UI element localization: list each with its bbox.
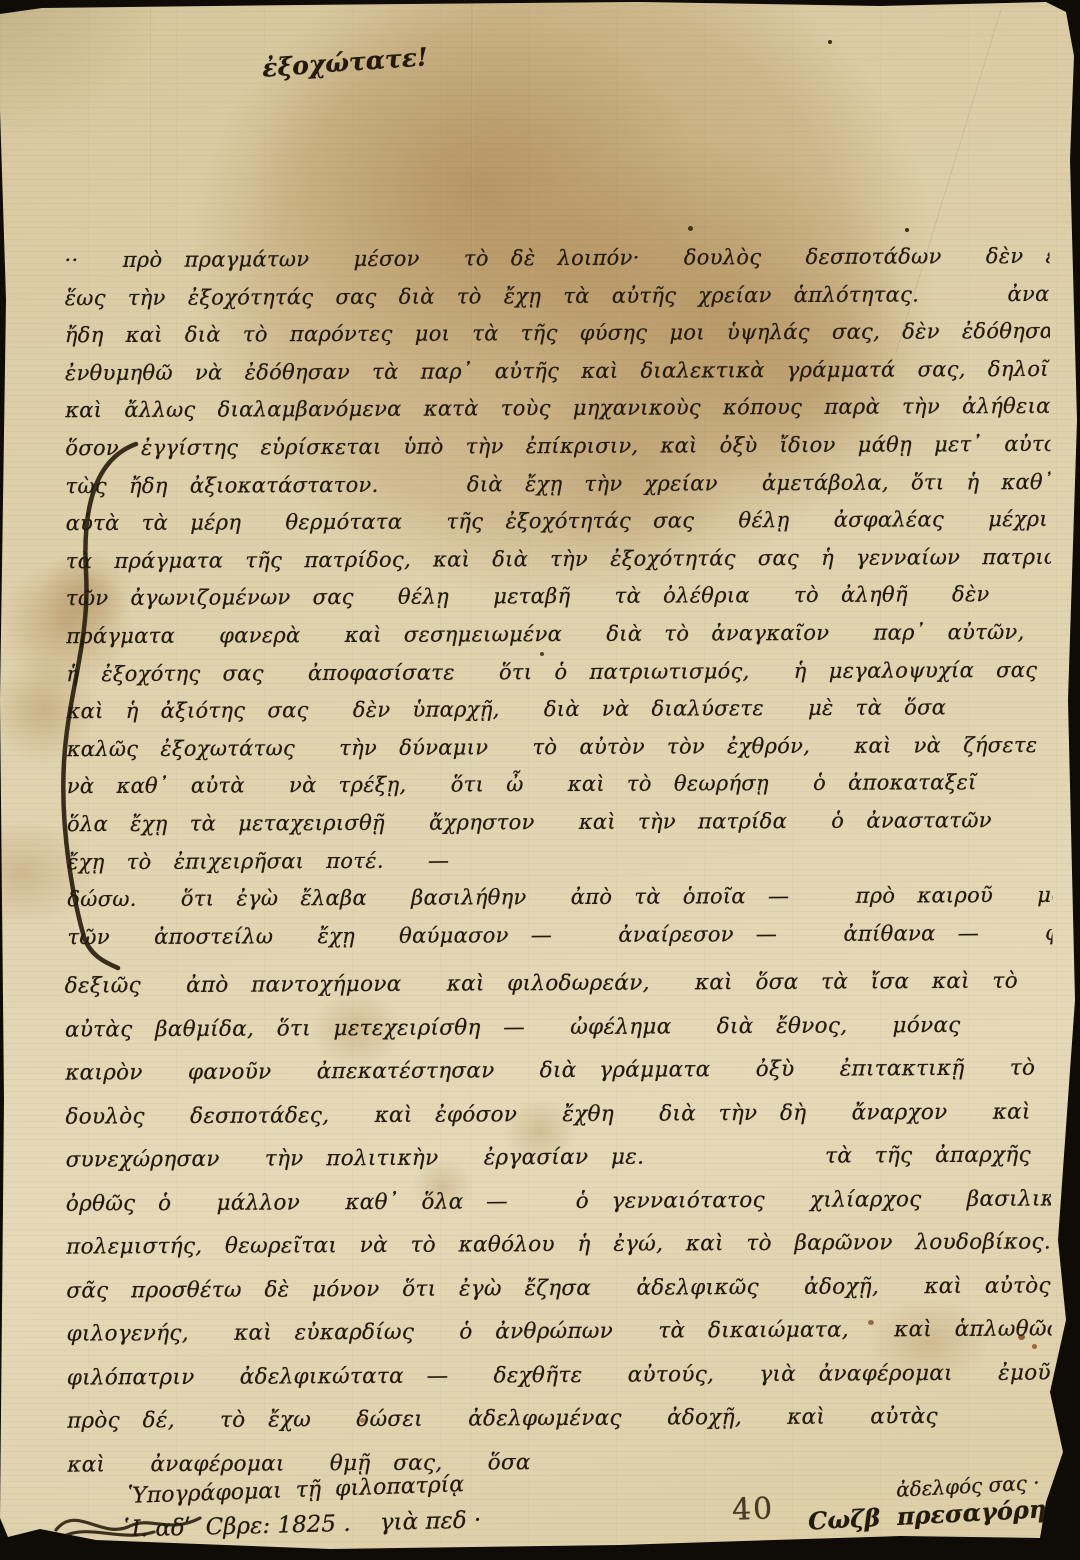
- manuscript-line: ἤδη καὶ διὰ τὸ παρόντες μοι τὰ τῆς φύσης…: [65, 313, 1050, 355]
- body-block-a: ·· πρὸ πραγμάτων μέσον τὸ δὲ λοιπόν· δου…: [64, 238, 1052, 957]
- manuscript-line: ἔχῃ τὸ ἐπιχειρῆσαι ποτέ. —: [67, 839, 1052, 881]
- manuscript-line: νὰ καθ᾽ αὐτὰ νὰ τρέξῃ, ὅτι ὦ καὶ τὸ θεωρ…: [67, 764, 1052, 806]
- salutation: ἐξοχώτατε!: [261, 42, 429, 83]
- manuscript-line: αὐτὰς βαθμίδα, ὅτι μετεχειρίσθη — ὠφέλημ…: [65, 1003, 1050, 1052]
- manuscript-line: ἕως τὴν ἐξοχότητάς σας διὰ τὸ ἔχῃ τὰ αὐτ…: [65, 275, 1050, 317]
- ink-speck: [905, 228, 909, 232]
- manuscript-line: φιλογενής, καὶ εὐκαρδίως ὁ ἀνθρώπων τὰ δ…: [66, 1307, 1051, 1356]
- manuscript-line: ·· πρὸ πραγμάτων μέσον τὸ δὲ λοιπόν· δου…: [64, 238, 1049, 280]
- manuscript-line: καὶ ἄλλως διαλαμβανόμενα κατὰ τοὺς μηχαν…: [65, 388, 1050, 430]
- manuscript-line: πολεμιστής, θεωρεῖται νὰ τὸ καθόλου ἡ ἐγ…: [66, 1220, 1051, 1269]
- manuscript-line: τὰ πράγματα τῆς πατρίδος, καὶ διὰ τὴν ἐξ…: [66, 539, 1051, 581]
- manuscript-line: πράγματα φανερὰ καὶ σεσημειωμένα διὰ τὸ …: [66, 614, 1051, 656]
- signature: Ϲωζβ πρεσαγόρης: [807, 1493, 1061, 1535]
- manuscript-line: ὅσον ἐγγίστης εὑρίσκεται ὑπὸ τὴν ἐπίκρισ…: [65, 426, 1050, 468]
- manuscript-line: καλῶς ἐξοχωτάτως τὴν δύναμιν τὸ αὐτὸν τὸ…: [67, 727, 1052, 769]
- ink-speck: [688, 226, 693, 231]
- manuscript-line: σᾶς προσθέτω δὲ μόνον ὅτι ἐγὼ ἔζησα ἀδελ…: [66, 1264, 1051, 1313]
- manuscript-line: δώσω. ὅτι ἐγὼ ἔλαβα βασιλήθην ἀπὸ τὰ ὁπο…: [67, 877, 1052, 919]
- manuscript-line: τὼς ἤδη ἀξιοκατάστατον. διὰ ἔχῃ τὴν χρεί…: [65, 463, 1050, 505]
- manuscript-line: ἐνθυμηθῶ νὰ ἐδόθησαν τὰ παρ᾽ αὐτῆς καὶ δ…: [65, 351, 1050, 393]
- manuscript-line: δεξιῶς ἀπὸ παντοχήμονα καὶ φιλοδωρεάν, κ…: [65, 959, 1050, 1008]
- manuscript-line: ἡ ἐξοχότης σας ἀποφασίσατε ὅτι ὁ πατριωτ…: [66, 651, 1051, 693]
- manuscript-line: τῶν ἀγωνιζομένων σας θέλῃ μεταβῆ τὰ ὀλέθ…: [66, 576, 1051, 618]
- ink-speck: [828, 40, 832, 44]
- manuscript-line: ὅλα ἔχῃ τὰ μεταχειρισθῇ ἄχρηστον καὶ τὴν…: [67, 802, 1052, 844]
- body-block-b: δεξιῶς ἀπὸ παντοχήμονα καὶ φιλοδωρεάν, κ…: [65, 959, 1053, 1486]
- manuscript-line: τῶν ἀποστείλω ἔχῃ θαύμασον — ἀναίρεσον —…: [67, 915, 1052, 957]
- manuscript-line: συνεχώρησαν τὴν πολιτικὴν ἐργασίαν με. τ…: [66, 1133, 1051, 1182]
- manuscript-line: καιρὸν φανοῦν ἀπεκατέστησαν διὰ γράμματα…: [65, 1046, 1050, 1095]
- manuscript-line: αὐτὰ τὰ μέρη θερμότατα τῆς ἐξοχότητάς σα…: [66, 501, 1051, 543]
- letter-paper: ἐξοχώτατε! ·· πρὸ πραγμάτων μέσον τὸ δὲ …: [0, 0, 1080, 1560]
- manuscript-line: καὶ ἡ ἀξιότης σας δὲν ὑπαρχῇ, διὰ νὰ δια…: [66, 689, 1051, 731]
- manuscript-photo: ἐξοχώτατε! ·· πρὸ πραγμάτων μέσον τὸ δὲ …: [0, 0, 1080, 1560]
- manuscript-line: ὀρθῶς ὁ μάλλον καθ᾽ ὅλα — ὁ γενναιότατος…: [66, 1177, 1051, 1226]
- manuscript-line: φιλόπατριν ἀδελφικώτατα — δεχθῆτε αὐτούς…: [67, 1351, 1052, 1400]
- page-number: 40: [731, 1491, 774, 1527]
- manuscript-line: δουλὸς δεσποτάδες, καὶ ἐφόσον ἔχθη διὰ τ…: [65, 1090, 1050, 1139]
- manuscript-line: πρὸς δέ, τὸ ἔχω δώσει ἀδελφωμένας ἀδοχῇ,…: [67, 1394, 1052, 1443]
